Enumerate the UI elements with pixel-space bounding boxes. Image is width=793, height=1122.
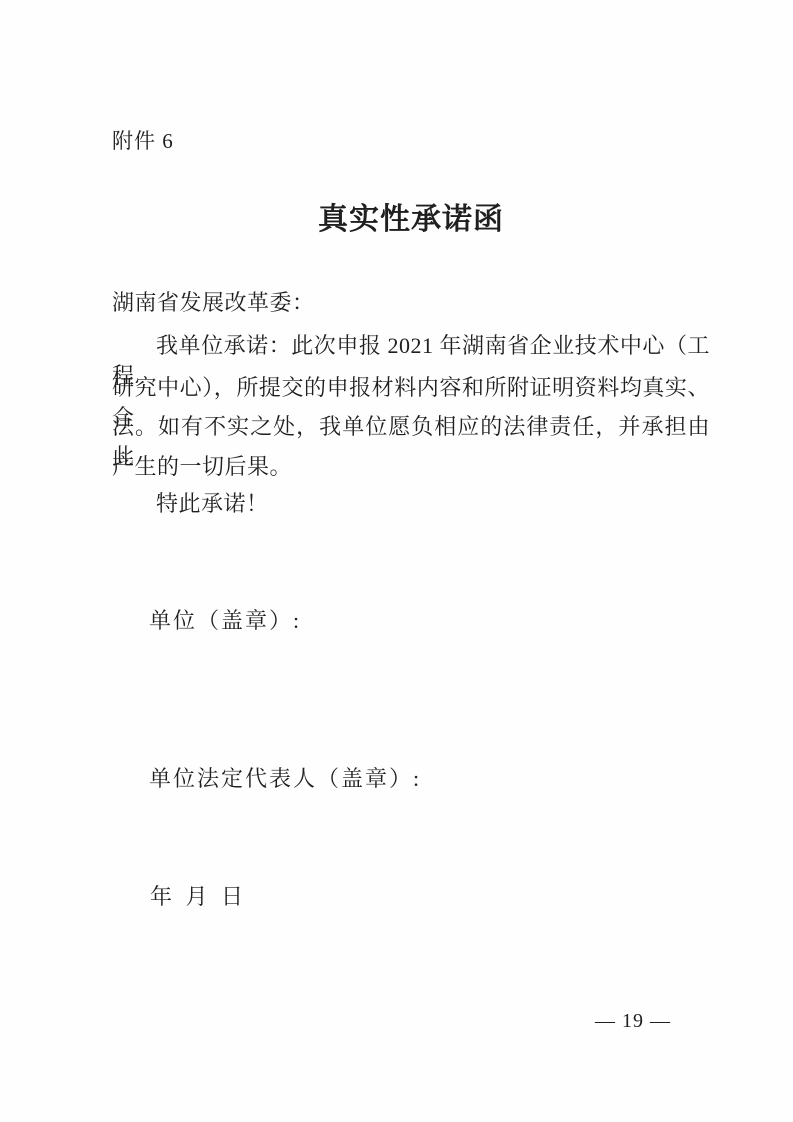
attachment-label: 附件 6 xyxy=(112,127,174,155)
body-line: 产生的一切后果。 xyxy=(112,452,292,482)
legal-representative-seal-line: 单位法定代表人（盖章）: xyxy=(149,764,421,794)
date-line: 年 月 日 xyxy=(150,882,247,912)
unit-seal-line: 单位（盖章）: xyxy=(149,606,301,636)
salutation-line: 湖南省发展改革委： xyxy=(112,288,315,318)
document-page: 附件 6 真实性承诺函 湖南省发展改革委： 我单位承诺：此次申报 2021 年湖… xyxy=(0,0,793,1122)
page-number: — 19 — xyxy=(558,1008,708,1034)
closing-line: 特此承诺！ xyxy=(156,489,269,519)
document-title: 真实性承诺函 xyxy=(112,200,710,240)
